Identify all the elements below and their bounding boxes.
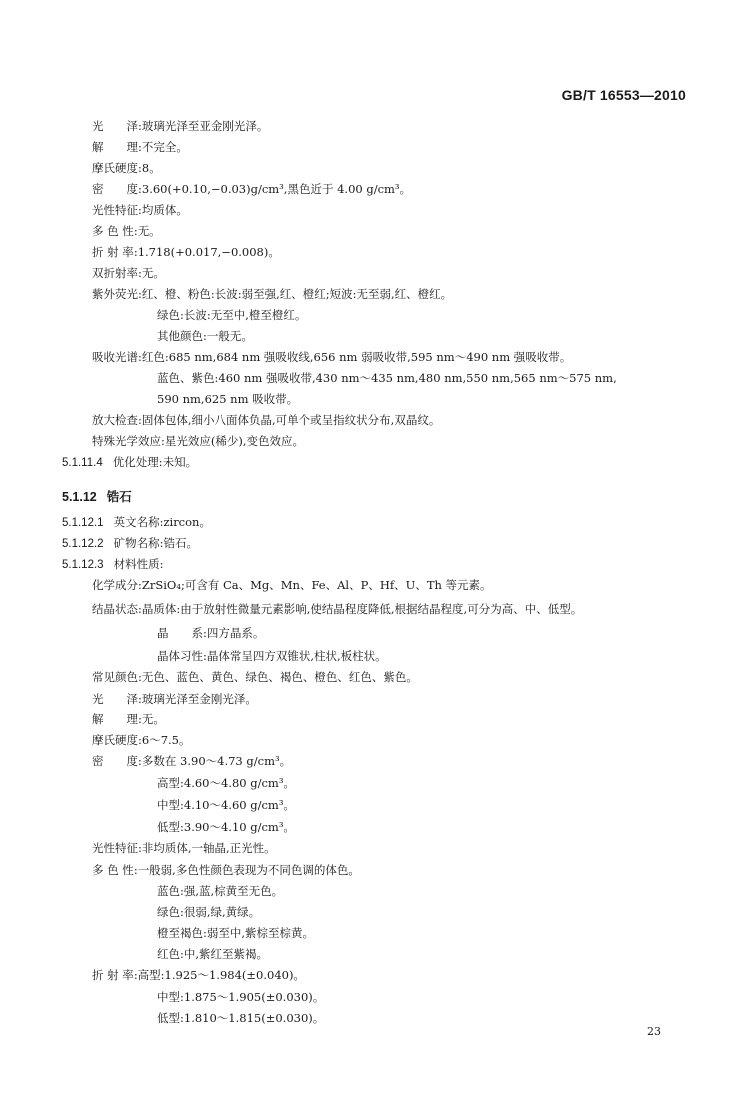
property-label: 摩氏硬度 [92, 159, 138, 177]
subsection-heading: 5.1.12.2矿物名称:锆石。 [62, 534, 198, 553]
property-value: 星光效应(稀少),变色效应。 [165, 434, 304, 448]
property-label: 吸收光谱 [92, 348, 138, 366]
property-value: 高型:4.60～4.80 g/cm³。 [157, 776, 295, 790]
property-subline: 高型:4.60～4.80 g/cm³。 [157, 774, 295, 792]
property-line: 放大检查:固体包体,细小八面体负晶,可单个或呈指纹状分布,双晶纹。 [92, 411, 440, 429]
subsection-text: 材料性质: [114, 557, 164, 571]
property-value: 其他颜色:一般无。 [157, 329, 253, 343]
property-label: 放大检查 [92, 411, 138, 429]
property-label: 紫外荧光 [92, 285, 138, 303]
property-value: 蓝色、紫色:460 nm 强吸收带,430 nm～435 nm,480 nm,5… [157, 371, 617, 385]
property-line: 常见颜色:无色、蓝色、黄色、绿色、褐色、橙色、红色、紫色。 [92, 668, 418, 686]
property-label: 密 度 [92, 180, 138, 198]
property-label: 化学成分 [92, 576, 138, 594]
property-value: 蓝色:强,蓝,棕黄至无色。 [157, 884, 283, 898]
property-value: 低型:3.90～4.10 g/cm³。 [157, 820, 295, 834]
property-label: 折 射 率 [92, 966, 134, 984]
property-subline: 红色:中,紫红至紫褐。 [157, 945, 268, 963]
subsection-text: 矿物名称:锆石。 [114, 536, 198, 550]
property-line: 光性特征:非均质体,一轴晶,正光性。 [92, 839, 276, 857]
property-label: 多 色 性 [92, 861, 134, 879]
subsection-text: 优化处理:未知。 [113, 455, 197, 469]
property-value: 晶 系:四方晶系。 [157, 626, 264, 640]
property-label: 特殊光学效应 [92, 432, 161, 450]
property-subline: 蓝色:强,蓝,棕黄至无色。 [157, 882, 283, 900]
subsection-heading: 5.1.12.3材料性质: [62, 555, 163, 574]
property-value: 高型:1.925～1.984(±0.040)。 [138, 968, 305, 982]
property-subline: 晶 系:四方晶系。 [157, 624, 264, 642]
standard-code: GB/T 16553—2010 [562, 87, 686, 103]
property-value: 不完全。 [142, 140, 188, 154]
property-line: 光 泽:玻璃光泽至金刚光泽。 [92, 690, 257, 708]
property-value: 固体包体,细小八面体负晶,可单个或呈指纹状分布,双晶纹。 [142, 413, 440, 427]
property-subline: 晶体习性:晶体常呈四方双锥状,柱状,板柱状。 [157, 647, 387, 665]
property-value: 1.718(+0.017,−0.008)。 [138, 245, 280, 259]
property-value: 无。 [138, 224, 161, 238]
property-label: 双折射率 [92, 264, 138, 282]
subsection-number: 5.1.11.4 [62, 454, 103, 472]
property-value: 晶体习性:晶体常呈四方双锥状,柱状,板柱状。 [157, 649, 387, 663]
property-label: 光性特征 [92, 201, 138, 219]
subsection-number: 5.1.12.3 [62, 556, 104, 574]
property-value: 6～7.5。 [142, 733, 191, 747]
property-value: 中型:1.875～1.905(±0.030)。 [157, 990, 324, 1004]
property-line: 化学成分:ZrSiO₄;可含有 Ca、Mg、Mn、Fe、Al、P、Hf、U、Th… [92, 576, 492, 594]
property-subline: 绿色:很弱,绿,黄绿。 [157, 903, 260, 921]
property-line: 摩氏硬度:6～7.5。 [92, 731, 190, 749]
property-line: 吸收光谱:红色:685 nm,684 nm 强吸收线,656 nm 弱吸收带,5… [92, 348, 571, 366]
property-line: 密 度:3.60(+0.10,−0.03)g/cm³,黑色近于 4.00 g/c… [92, 180, 411, 198]
property-line: 特殊光学效应:星光效应(稀少),变色效应。 [92, 432, 304, 450]
section-number: 5.1.12 [62, 488, 97, 506]
page-number: 23 [647, 1025, 661, 1038]
property-value: 590 nm,625 nm 吸收带。 [157, 392, 298, 406]
property-line: 解 理:无。 [92, 710, 165, 728]
property-line: 折 射 率:高型:1.925～1.984(±0.040)。 [92, 966, 305, 984]
property-label: 解 理 [92, 710, 138, 728]
property-value: 均质体。 [142, 203, 188, 217]
property-value: 3.60(+0.10,−0.03)g/cm³,黑色近于 4.00 g/cm³。 [142, 182, 411, 196]
property-value: 中型:4.10～4.60 g/cm³。 [157, 798, 295, 812]
property-label: 折 射 率 [92, 243, 134, 261]
property-value: 绿色:很弱,绿,黄绿。 [157, 905, 260, 919]
property-label: 密 度 [92, 752, 138, 770]
property-value: 低型:1.810～1.815(±0.030)。 [157, 1011, 324, 1025]
property-value: 晶质体:由于放射性微量元素影响,使结晶程度降低,根据结晶程度,可分为高、中、低型… [142, 602, 582, 616]
property-value: 一般弱,多色性颜色表现为不同色调的体色。 [138, 863, 360, 877]
property-label: 解 理 [92, 138, 138, 156]
property-line: 多 色 性:无。 [92, 222, 161, 240]
property-label: 摩氏硬度 [92, 731, 138, 749]
property-value: 8。 [142, 161, 161, 175]
property-line: 解 理:不完全。 [92, 138, 188, 156]
property-value: ZrSiO₄;可含有 Ca、Mg、Mn、Fe、Al、P、Hf、U、Th 等元素。 [142, 578, 492, 592]
property-label: 光 泽 [92, 690, 138, 708]
property-line: 光 泽:玻璃光泽至亚金刚光泽。 [92, 117, 268, 135]
section-heading: 5.1.12锆石 [62, 488, 132, 506]
property-subline: 中型:1.875～1.905(±0.030)。 [157, 988, 324, 1006]
property-value: 红、橙、粉色:长波:弱至强,红、橙红;短波:无至弱,红、橙红。 [142, 287, 452, 301]
property-line: 折 射 率:1.718(+0.017,−0.008)。 [92, 243, 280, 261]
property-value: 多数在 3.90～4.73 g/cm³。 [142, 754, 291, 768]
property-label: 常见颜色 [92, 668, 138, 686]
property-label: 多 色 性 [92, 222, 134, 240]
property-line: 光性特征:均质体。 [92, 201, 188, 219]
property-line: 紫外荧光:红、橙、粉色:长波:弱至强,红、橙红;短波:无至弱,红、橙红。 [92, 285, 452, 303]
property-subline: 橙至褐色:弱至中,紫棕至棕黄。 [157, 924, 314, 942]
property-subline: 绿色:长波:无至中,橙至橙红。 [157, 306, 306, 324]
section-title: 锆石 [107, 489, 132, 504]
property-line: 多 色 性:一般弱,多色性颜色表现为不同色调的体色。 [92, 861, 360, 879]
property-value: 橙至褐色:弱至中,紫棕至棕黄。 [157, 926, 314, 940]
property-line: 双折射率:无。 [92, 264, 165, 282]
property-line: 结晶状态:晶质体:由于放射性微量元素影响,使结晶程度降低,根据结晶程度,可分为高… [92, 600, 582, 618]
property-subline: 590 nm,625 nm 吸收带。 [157, 390, 298, 408]
property-value: 玻璃光泽至亚金刚光泽。 [142, 119, 269, 133]
property-value: 非均质体,一轴晶,正光性。 [142, 841, 276, 855]
subsection-number: 5.1.12.2 [62, 535, 104, 553]
property-label: 结晶状态 [92, 600, 138, 618]
subsection-number: 5.1.12.1 [62, 514, 104, 532]
property-value: 无色、蓝色、黄色、绿色、褐色、橙色、红色、紫色。 [142, 670, 418, 684]
subsection-text: 英文名称:zircon。 [114, 515, 211, 529]
property-subline: 低型:3.90～4.10 g/cm³。 [157, 818, 295, 836]
property-subline: 蓝色、紫色:460 nm 强吸收带,430 nm～435 nm,480 nm,5… [157, 369, 617, 387]
property-label: 光 泽 [92, 117, 138, 135]
property-value: 无。 [142, 712, 165, 726]
subsection-heading: 5.1.11.4优化处理:未知。 [62, 453, 197, 472]
property-line: 密 度:多数在 3.90～4.73 g/cm³。 [92, 752, 291, 770]
property-label: 光性特征 [92, 839, 138, 857]
property-subline: 中型:4.10～4.60 g/cm³。 [157, 796, 295, 814]
property-value: 绿色:长波:无至中,橙至橙红。 [157, 308, 306, 322]
property-value: 红色:中,紫红至紫褐。 [157, 947, 268, 961]
property-subline: 低型:1.810～1.815(±0.030)。 [157, 1009, 324, 1027]
property-value: 红色:685 nm,684 nm 强吸收线,656 nm 弱吸收带,595 nm… [142, 350, 571, 364]
property-value: 玻璃光泽至金刚光泽。 [142, 692, 257, 706]
property-subline: 其他颜色:一般无。 [157, 327, 253, 345]
subsection-heading: 5.1.12.1英文名称:zircon。 [62, 513, 211, 532]
property-line: 摩氏硬度:8。 [92, 159, 161, 177]
property-value: 无。 [142, 266, 165, 280]
